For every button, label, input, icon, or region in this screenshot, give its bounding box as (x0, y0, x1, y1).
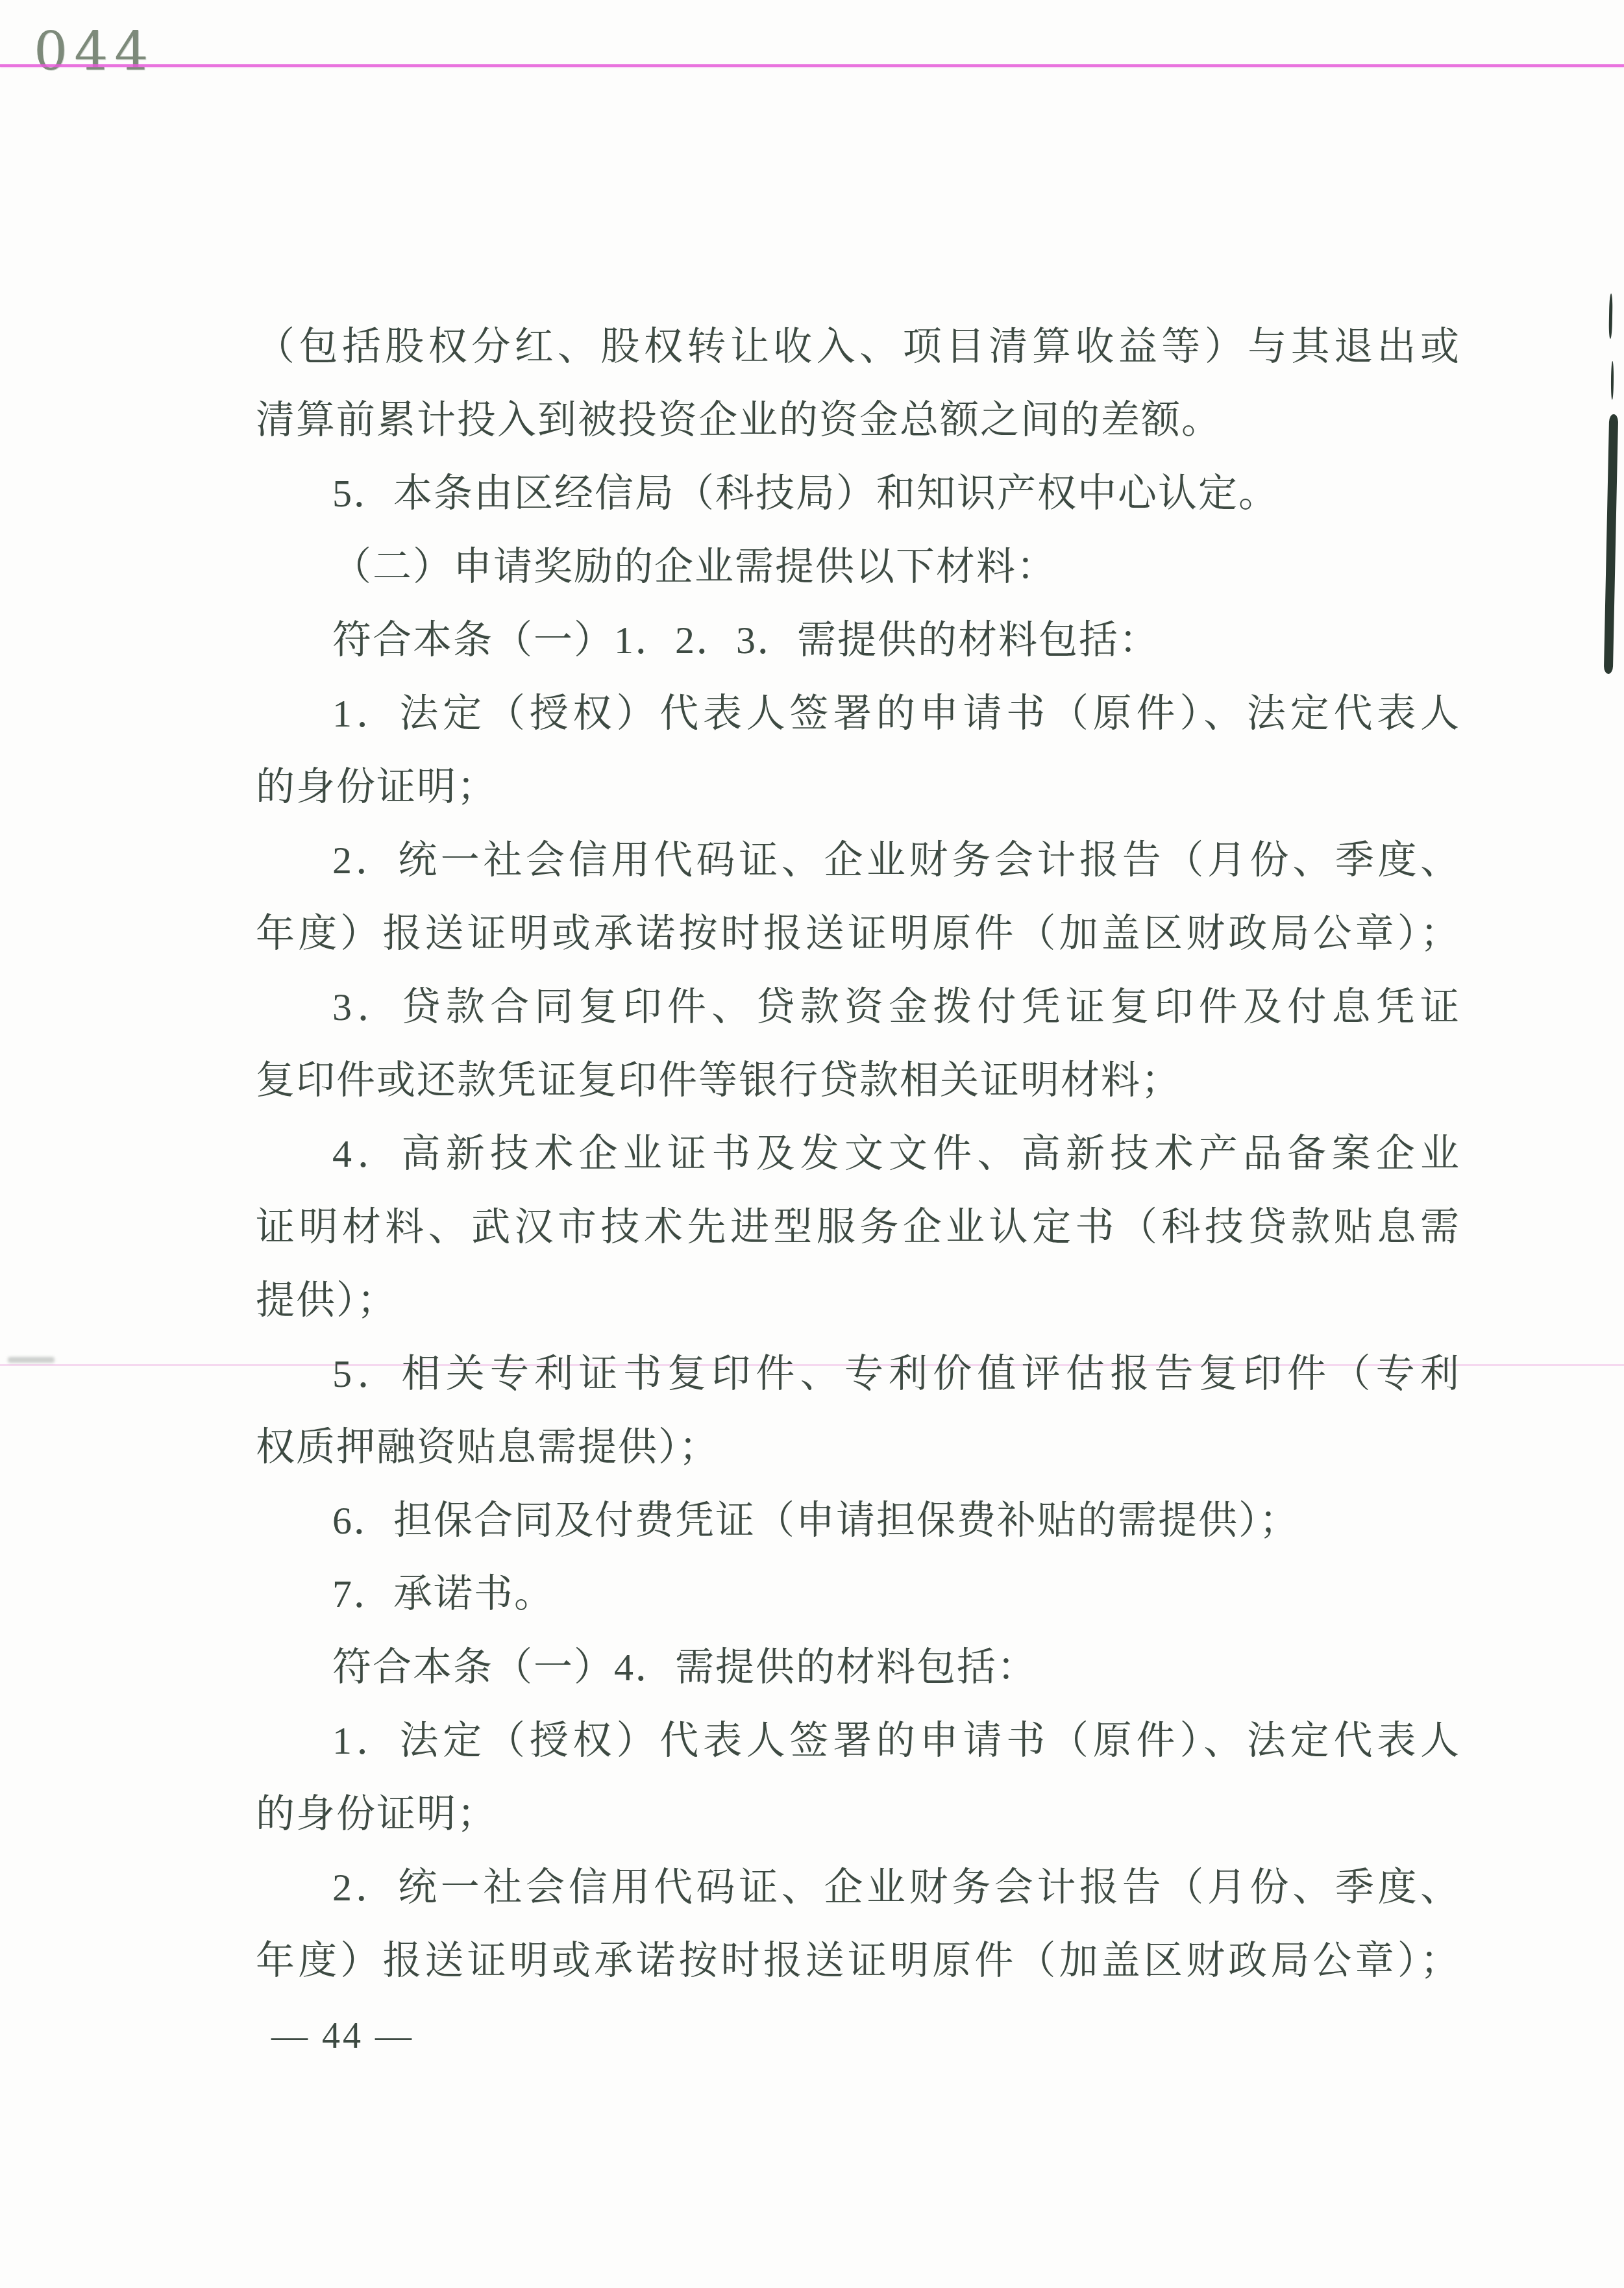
text-line: 年度）报送证明或承诺按时报送证明原件（加盖区财政局公章）； (256, 1924, 1460, 1998)
text-line: 7．承诺书。 (256, 1558, 1460, 1631)
binding-mark (1604, 414, 1618, 674)
text-line: 5．相关专利证书复印件、专利价值评估报告复印件（专利 (256, 1337, 1460, 1411)
footer-page-number: — 44 — (271, 2017, 414, 2056)
scan-smudge (8, 1357, 55, 1363)
text-line: 2．统一社会信用代码证、企业财务会计报告（月份、季度、 (256, 1851, 1460, 1924)
text-line: 6．担保合同及付费凭证（申请担保费补贴的需提供）； (256, 1484, 1460, 1558)
text-line: 的身份证明； (256, 751, 1460, 824)
binding-mark (1611, 361, 1614, 400)
text-line: 符合本条（一）1．2．3．需提供的材料包括： (256, 604, 1460, 677)
text-line: 提供）； (256, 1264, 1460, 1337)
text-line: 1．法定（授权）代表人签署的申请书（原件）、法定代表人 (256, 1704, 1460, 1778)
text-line: （包括股权分红、股权转让收入、项目清算收益等）与其退出或 (256, 310, 1460, 384)
binding-mark (1608, 293, 1612, 339)
text-line: 符合本条（一）4．需提供的材料包括： (256, 1631, 1460, 1704)
text-line: 4．高新技术企业证书及发文文件、高新技术产品备案企业 (256, 1117, 1460, 1191)
text-line: 清算前累计投入到被投资企业的资金总额之间的差额。 (256, 384, 1460, 457)
text-line: 1．法定（授权）代表人签署的申请书（原件）、法定代表人 (256, 677, 1460, 751)
text-line: 5．本条由区经信局（科技局）和知识产权中心认定。 (256, 457, 1460, 530)
text-line: 年度）报送证明或承诺按时报送证明原件（加盖区财政局公章）； (256, 897, 1460, 971)
text-line: 复印件或还款凭证复印件等银行贷款相关证明材料； (256, 1044, 1460, 1117)
text-line: 权质押融资贴息需提供）； (256, 1411, 1460, 1484)
scanned-document-page: 044 （包括股权分红、股权转让收入、项目清算收益等）与其退出或清算前累计投入到… (0, 0, 1624, 2288)
text-line: 2．统一社会信用代码证、企业财务会计报告（月份、季度、 (256, 824, 1460, 897)
scan-line-top (0, 64, 1624, 67)
text-line: 证明材料、武汉市技术先进型服务企业认定书（科技贷款贴息需 (256, 1191, 1460, 1264)
text-line: 的身份证明； (256, 1778, 1460, 1851)
page-stamp-number: 044 (34, 26, 155, 79)
text-line: 3．贷款合同复印件、贷款资金拨付凭证复印件及付息凭证 (256, 971, 1460, 1044)
document-body: （包括股权分红、股权转让收入、项目清算收益等）与其退出或清算前累计投入到被投资企… (256, 310, 1460, 1998)
text-line: （二）申请奖励的企业需提供以下材料： (256, 530, 1460, 604)
